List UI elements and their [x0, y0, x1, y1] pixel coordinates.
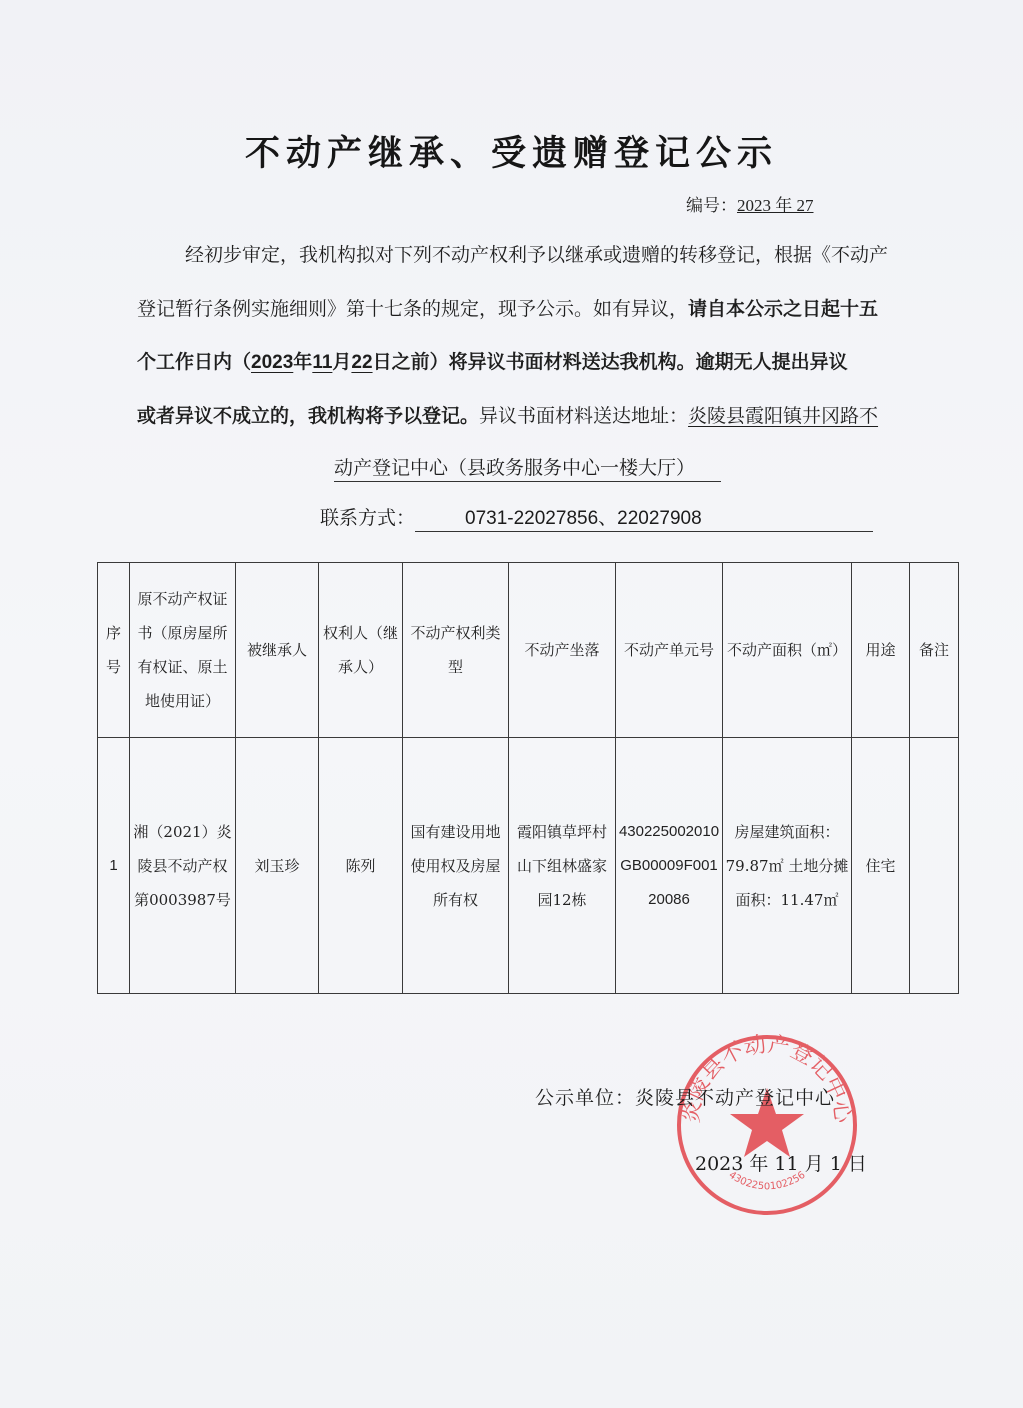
- cell-index: 1: [98, 738, 130, 994]
- cell-unit-number: 430225002010GB00009F00120086: [616, 738, 723, 994]
- body-bold-text: 请自本公示之日起十五: [688, 298, 878, 320]
- month-suffix: 月: [332, 351, 351, 373]
- publisher-label: 公示单位：: [535, 1087, 635, 1109]
- header-decedent: 被继承人: [236, 563, 319, 738]
- publisher-line: 公示单位：炎陵县不动产登记中心: [535, 1083, 835, 1110]
- address-value-cont: 动产登记中心（县政务服务中心一楼大厅）: [334, 455, 721, 482]
- header-usage: 用途: [852, 563, 910, 738]
- header-right-holder: 权利人（继承人）: [319, 563, 403, 738]
- body-bold-text: 或者异议不成立的，我机构将予以登记。: [137, 405, 479, 427]
- header-location: 不动产坐落: [509, 563, 616, 738]
- cell-right-holder: 陈列: [319, 738, 403, 994]
- body-line-3: 个工作日内（2023年11月22日之前）将异议书面材料送达我机构。逾期无人提出异…: [137, 335, 848, 390]
- document-number-value: 2023 年 27: [737, 196, 814, 215]
- deadline-day: 22: [351, 352, 372, 373]
- deadline-year: 2023: [251, 352, 293, 373]
- contact-line: 联系方式：0731-22027856、22027908: [320, 503, 873, 532]
- address-label: 异议书面材料送达地址：: [479, 405, 688, 427]
- table-row: 1 湘（2021）炎陵县不动产权第0003987号 刘玉珍 陈列 国有建设用地使…: [98, 738, 959, 994]
- header-area: 不动产面积（㎡）: [723, 563, 852, 738]
- body-line-1: 经初步审定，我机构拟对下列不动产权利予以继承或遗赠的转移登记，根据《不动产: [185, 228, 888, 282]
- body-bold-text: 日之前）将异议书面材料送达我机构。逾期无人提出异议: [373, 351, 848, 373]
- cell-right-type: 国有建设用地使用权及房屋所有权: [403, 738, 509, 994]
- cell-original-certificate: 湘（2021）炎陵县不动产权第0003987号: [130, 738, 236, 994]
- header-index: 序号: [98, 563, 130, 738]
- cell-location: 霞阳镇草坪村山下组林盛家园12栋: [509, 738, 616, 994]
- document-number: 编号：2023 年 27: [686, 191, 814, 216]
- document-number-label: 编号：: [686, 196, 737, 215]
- cell-remark: [910, 738, 959, 994]
- body-line-5: 动产登记中心（县政务服务中心一楼大厅）: [334, 441, 721, 495]
- header-right-type: 不动产权利类型: [403, 563, 509, 738]
- header-unit-number: 不动产单元号: [616, 563, 723, 738]
- header-original-certificate: 原不动产权证书（原房屋所有权证、原土地使用证）: [130, 563, 236, 738]
- body-text: 登记暂行条例实施细则》第十七条的规定，现予公示。如有异议，: [137, 298, 688, 320]
- contact-label: 联系方式：: [320, 507, 415, 529]
- table-header-row: 序号 原不动产权证书（原房屋所有权证、原土地使用证） 被继承人 权利人（继承人）…: [98, 563, 959, 738]
- contact-value: 0731-22027856、22027908: [415, 507, 873, 532]
- deadline-month: 11: [312, 352, 332, 373]
- document-title: 不动产继承、受遗赠登记公示: [0, 126, 1023, 176]
- registration-table: 序号 原不动产权证书（原房屋所有权证、原土地使用证） 被继承人 权利人（继承人）…: [97, 562, 959, 994]
- cell-area: 房屋建筑面积：79.87㎡ 土地分摊面积：11.47㎡: [723, 738, 852, 994]
- cell-decedent: 刘玉珍: [236, 738, 319, 994]
- publisher-name: 炎陵县不动产登记中心: [635, 1087, 835, 1109]
- document-page: 不动产继承、受遗赠登记公示 编号：2023 年 27 经初步审定，我机构拟对下列…: [0, 0, 1023, 1408]
- publish-date: 2023 年 11 月 1 日: [695, 1149, 867, 1176]
- official-seal-icon: 炎陵县不动产登记中心 4302250102256: [672, 1030, 862, 1220]
- header-remark: 备注: [910, 563, 959, 738]
- body-line-2: 登记暂行条例实施细则》第十七条的规定，现予公示。如有异议，请自本公示之日起十五: [137, 282, 878, 336]
- body-line-4: 或者异议不成立的，我机构将予以登记。异议书面材料送达地址：炎陵县霞阳镇井冈路不: [137, 389, 878, 443]
- year-suffix: 年: [293, 351, 312, 373]
- address-value: 炎陵县霞阳镇井冈路不: [688, 405, 878, 427]
- cell-usage: 住宅: [852, 738, 910, 994]
- body-bold-text: 个工作日内（: [137, 351, 251, 373]
